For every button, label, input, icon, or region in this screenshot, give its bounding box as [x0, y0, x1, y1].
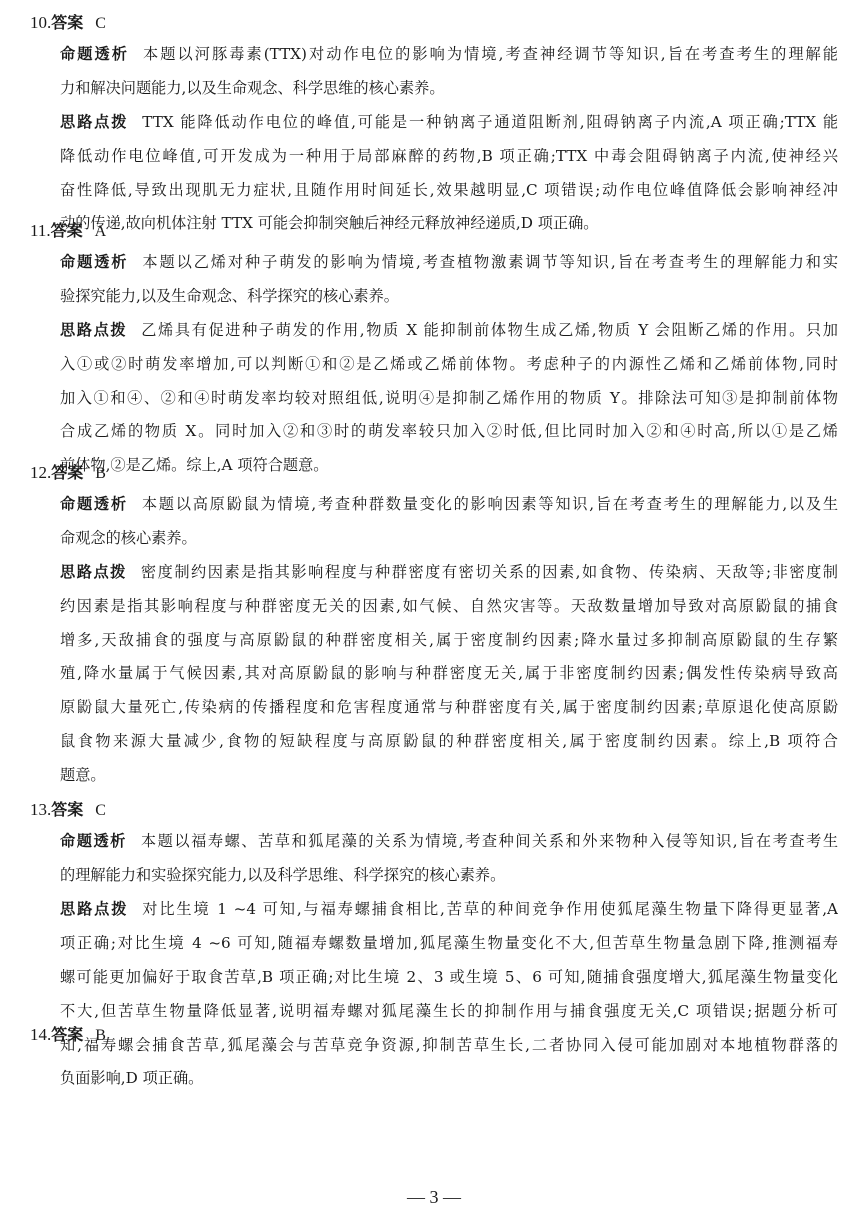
- analysis-line: 的理解能力和实验探究能力,以及科学思维、科学探究的核心素养。: [60, 865, 838, 885]
- analysis-line: 命题透析本题以高原鼢鼠为情境,考查种群数量变化的影响因素等知识,旨在考查考生的理…: [60, 494, 838, 514]
- text: 知,福寿螺会捕食苦草,狐尾藻会与苦草竞争资源,抑制苦草生长,二者协同入侵可能加剧…: [60, 1036, 838, 1054]
- hint-line: 鼠食物来源大量减少,食物的短缺程度与高原鼢鼠的种群密度相关,属于密度制约因素。综…: [60, 731, 838, 751]
- hint-label: 思路点拨: [60, 563, 127, 581]
- text: 力和解决问题能力,以及生命观念、科学思维的核心素养。: [60, 79, 445, 97]
- answer-label: 答案: [51, 800, 83, 819]
- answer-page: 10.答案C 命题透析本题以河豚毒素(TTX)对动作电位的影响为情境,考查神经调…: [0, 0, 868, 1227]
- hint-line: 动的传递,故向机体注射 TTX 可能会抑制突触后神经元释放神经递质,D 项正确。: [60, 213, 838, 233]
- hint-label: 思路点拨: [60, 900, 128, 918]
- text: 对比生境 1 ~4 可知,与福寿螺捕食相比,苦草的种间竞争作用使狐尾藻生物量下降…: [142, 900, 838, 918]
- question-number: 10.: [30, 13, 51, 32]
- analysis-line: 命题透析本题以乙烯对种子萌发的影响为情境,考查植物激素调节等知识,旨在考查考生的…: [60, 252, 838, 272]
- hint-line: 前体物,②是乙烯。综上,A 项符合题意。: [60, 455, 838, 475]
- question-10-header: 10.答案C: [30, 10, 106, 33]
- text: TTX 能降低动作电位的峰值,可能是一种钠离子通道阻断剂,阻碍钠离子内流,A 项…: [142, 113, 838, 131]
- text: 入①或②时萌发率增加,可以判断①和②是乙烯或乙烯前体物。考虑种子的内源性乙烯和乙…: [60, 355, 838, 373]
- text: 本题以河豚毒素(TTX)对动作电位的影响为情境,考查神经调节等知识,旨在考查考生…: [143, 45, 838, 63]
- analysis-line: 验探究能力,以及生命观念、科学探究的核心素养。: [60, 286, 838, 306]
- analysis-label: 命题透析: [60, 253, 128, 271]
- answer-label: 答案: [51, 13, 83, 32]
- hint-line: 入①或②时萌发率增加,可以判断①和②是乙烯或乙烯前体物。考虑种子的内源性乙烯和乙…: [60, 354, 838, 374]
- question-11-header: 11.答案A: [30, 218, 106, 241]
- analysis-label: 命题透析: [60, 495, 128, 513]
- answer-value: A: [95, 223, 107, 240]
- text: 增多,天敌捕食的强度与高原鼢鼠的种群密度相关,属于密度制约因素;降水量过多抑制高…: [60, 631, 838, 649]
- hint-label: 思路点拨: [60, 321, 127, 339]
- hint-line: 思路点拨对比生境 1 ~4 可知,与福寿螺捕食相比,苦草的种间竞争作用使狐尾藻生…: [60, 899, 838, 919]
- question-number: 12.: [30, 463, 51, 482]
- analysis-line: 命题透析本题以河豚毒素(TTX)对动作电位的影响为情境,考查神经调节等知识,旨在…: [60, 44, 838, 64]
- hint-line: 约因素是指其影响程度与种群密度无关的因素,如气候、自然灾害等。天敌数量增加导致对…: [60, 596, 838, 616]
- text: 本题以高原鼢鼠为情境,考查种群数量变化的影响因素等知识,旨在考查考生的理解能力,…: [142, 495, 838, 513]
- answer-value: B: [95, 465, 106, 482]
- text: 的理解能力和实验探究能力,以及科学思维、科学探究的核心素养。: [60, 866, 505, 884]
- hint-line: 题意。: [60, 765, 838, 785]
- hint-line: 殖,降水量属于气候因素,其对高原鼢鼠的影响与种群密度无关,属于非密度制约因素;偶…: [60, 663, 838, 683]
- analysis-label: 命题透析: [60, 832, 127, 850]
- text: 密度制约因素是指其影响程度与种群密度有密切关系的因素,如食物、传染病、天敌等;非…: [141, 563, 838, 581]
- text: 原鼢鼠大量死亡,传染病的传播程度和危害程度通常与种群密度有关,属于密度制约因素;…: [60, 698, 838, 716]
- text: 合成乙烯的物质 X。同时加入②和③时的萌发率较只加入②时低,但比同时加入②和④时…: [60, 422, 838, 440]
- answer-label: 答案: [51, 1025, 83, 1044]
- hint-line: 知,福寿螺会捕食苦草,狐尾藻会与苦草竞争资源,抑制苦草生长,二者协同入侵可能加剧…: [60, 1035, 838, 1055]
- text: 鼠食物来源大量减少,食物的短缺程度与高原鼢鼠的种群密度相关,属于密度制约因素。综…: [60, 732, 838, 750]
- question-13-header: 13.答案C: [30, 797, 106, 820]
- text: 约因素是指其影响程度与种群密度无关的因素,如气候、自然灾害等。天敌数量增加导致对…: [60, 597, 838, 615]
- answer-label: 答案: [51, 463, 83, 482]
- answer-value: C: [95, 15, 106, 32]
- hint-label: 思路点拨: [60, 113, 128, 131]
- text: 奋性降低,导致出现肌无力症状,且随作用时间延长,效果越明显,C 项错误;动作电位…: [60, 181, 838, 199]
- analysis-label: 命题透析: [60, 45, 129, 63]
- text: 题意。: [60, 766, 106, 784]
- hint-line: 增多,天敌捕食的强度与高原鼢鼠的种群密度相关,属于密度制约因素;降水量过多抑制高…: [60, 630, 838, 650]
- hint-line: 项正确;对比生境 4 ~6 可知,随福寿螺数量增加,狐尾藻生物量变化不大,但苦草…: [60, 933, 838, 953]
- text: 殖,降水量属于气候因素,其对高原鼢鼠的影响与种群密度无关,属于非密度制约因素;偶…: [60, 664, 838, 682]
- hint-line: 降低动作电位峰值,可开发成为一种用于局部麻醉的药物,B 项正确;TTX 中毒会阻…: [60, 146, 838, 166]
- question-number: 11.: [30, 221, 51, 240]
- hint-line: 加入①和④、②和④时萌发率均较对照组低,说明④是抑制乙烯作用的物质 Y。排除法可…: [60, 388, 838, 408]
- question-number: 13.: [30, 800, 51, 819]
- hint-line: 原鼢鼠大量死亡,传染病的传播程度和危害程度通常与种群密度有关,属于密度制约因素;…: [60, 697, 838, 717]
- analysis-line: 命观念的核心素养。: [60, 528, 838, 548]
- text: 本题以乙烯对种子萌发的影响为情境,考查植物激素调节等知识,旨在考查考生的理解能力…: [142, 253, 838, 271]
- question-number: 14.: [30, 1025, 51, 1044]
- question-12-header: 12.答案B: [30, 460, 106, 483]
- text: 命观念的核心素养。: [60, 529, 197, 547]
- answer-label: 答案: [51, 221, 83, 240]
- text: 动的传递,故向机体注射 TTX 可能会抑制突触后神经元释放神经递质,D 项正确。: [60, 214, 598, 232]
- text: 项正确;对比生境 4 ~6 可知,随福寿螺数量增加,狐尾藻生物量变化不大,但苦草…: [60, 934, 838, 952]
- hint-line: 螺可能更加偏好于取食苦草,B 项正确;对比生境 2、3 或生境 5、6 可知,随…: [60, 967, 838, 987]
- text: 降低动作电位峰值,可开发成为一种用于局部麻醉的药物,B 项正确;TTX 中毒会阻…: [60, 147, 838, 165]
- text: 本题以福寿螺、苦草和狐尾藻的关系为情境,考查种间关系和外来物种入侵等知识,旨在考…: [141, 832, 838, 850]
- text: 加入①和④、②和④时萌发率均较对照组低,说明④是抑制乙烯作用的物质 Y。排除法可…: [60, 389, 838, 407]
- hint-line: 不大,但苦草生物量降低显著,说明福寿螺对狐尾藻生长的抑制作用与捕食强度无关,C …: [60, 1001, 838, 1021]
- question-14-header: 14.答案B: [30, 1022, 106, 1045]
- hint-line: 负面影响,D 项正确。: [60, 1068, 838, 1088]
- hint-line: 思路点拨乙烯具有促进种子萌发的作用,物质 X 能抑制前体物生成乙烯,物质 Y 会…: [60, 320, 838, 340]
- page-number: — 3 —: [0, 1187, 868, 1208]
- hint-line: 思路点拨TTX 能降低动作电位的峰值,可能是一种钠离子通道阻断剂,阻碍钠离子内流…: [60, 112, 838, 132]
- analysis-line: 力和解决问题能力,以及生命观念、科学思维的核心素养。: [60, 78, 838, 98]
- text: 验探究能力,以及生命观念、科学探究的核心素养。: [60, 287, 399, 305]
- hint-line: 奋性降低,导致出现肌无力症状,且随作用时间延长,效果越明显,C 项错误;动作电位…: [60, 180, 838, 200]
- text: 螺可能更加偏好于取食苦草,B 项正确;对比生境 2、3 或生境 5、6 可知,随…: [60, 968, 838, 986]
- hint-line: 合成乙烯的物质 X。同时加入②和③时的萌发率较只加入②时低,但比同时加入②和④时…: [60, 421, 838, 441]
- answer-value: B: [95, 1027, 106, 1044]
- hint-line: 思路点拨密度制约因素是指其影响程度与种群密度有密切关系的因素,如食物、传染病、天…: [60, 562, 838, 582]
- text: 负面影响,D 项正确。: [60, 1069, 203, 1087]
- answer-value: C: [95, 802, 106, 819]
- text: 乙烯具有促进种子萌发的作用,物质 X 能抑制前体物生成乙烯,物质 Y 会阻断乙烯…: [141, 321, 838, 339]
- analysis-line: 命题透析本题以福寿螺、苦草和狐尾藻的关系为情境,考查种间关系和外来物种入侵等知识…: [60, 831, 838, 851]
- text: 不大,但苦草生物量降低显著,说明福寿螺对狐尾藻生长的抑制作用与捕食强度无关,C …: [60, 1002, 838, 1020]
